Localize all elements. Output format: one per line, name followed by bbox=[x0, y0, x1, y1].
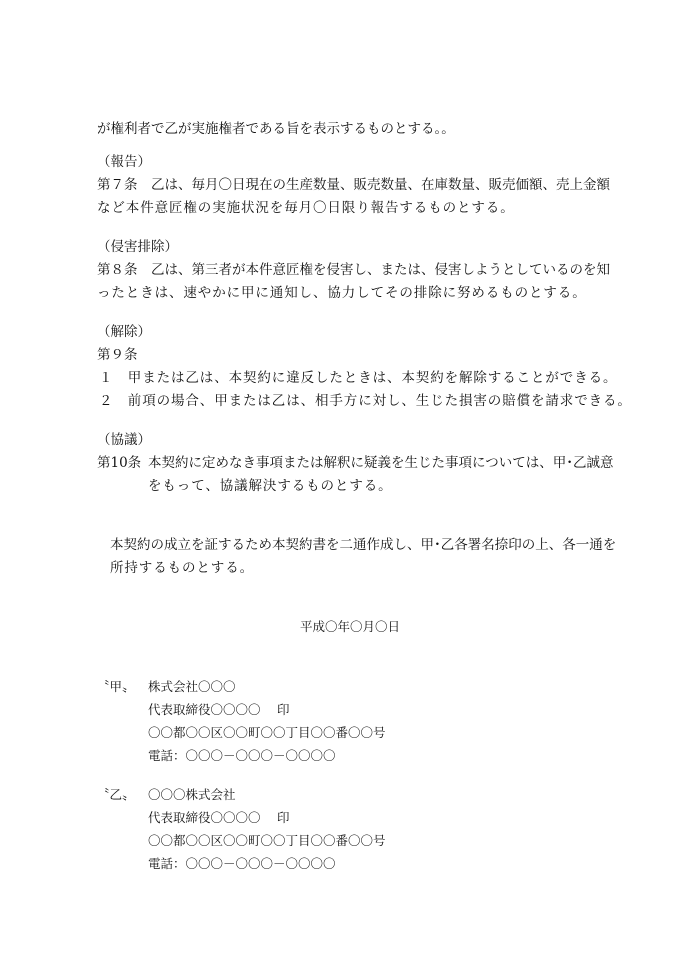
article-7-line-2: など本件意匠権の実施状況を毎月〇日限り報告するものとする。 bbox=[97, 199, 515, 217]
article-9-clause-1: １ 甲または乙は、本契約に違反したときは、本契約を解除することができる。 bbox=[99, 369, 617, 387]
closing-line-1: 本契約の成立を証するため本契約書を二通作成し、甲･乙各署名捺印の上、各一通を bbox=[110, 536, 583, 554]
article-7-line-1: 第７条 乙は、毎月〇日現在の生産数量、販売数量、在庫数量、販売価額、売上金額 bbox=[97, 176, 583, 194]
party-b-company: 〇〇〇株式会社 bbox=[148, 786, 236, 804]
article-10-line-2: をもって、協議解決するものとする。 bbox=[148, 477, 393, 495]
party-a-address: 〇〇都〇〇区〇〇町〇〇丁目〇〇番〇〇号 bbox=[148, 724, 386, 742]
article-10-number: 第10条 bbox=[97, 454, 141, 472]
party-a-phone: 電話：〇〇〇－〇〇〇－〇〇〇〇 bbox=[148, 747, 336, 765]
article-10-line-1: 本契約に定めなき事項または解釈に疑義を生じた事項については、甲･乙誠意 bbox=[148, 454, 583, 472]
party-b-address: 〇〇都〇〇区〇〇町〇〇丁目〇〇番〇〇号 bbox=[148, 832, 386, 850]
party-b-representative: 代表取締役〇〇〇〇 印 bbox=[148, 809, 289, 827]
article-8-line-2: ったときは、速やかに甲に通知し、協力してその排除に努めるものとする。 bbox=[97, 284, 587, 302]
article-8-heading: （侵害排除） bbox=[97, 238, 178, 256]
party-b-phone: 電話：〇〇〇－〇〇〇－〇〇〇〇 bbox=[148, 855, 336, 873]
article-8-line-1: 第８条 乙は、第三者が本件意匠権を侵害し、または、侵害しようとしているのを知 bbox=[97, 261, 583, 279]
closing-line-2: 所持するものとする。 bbox=[110, 559, 254, 577]
article-9-clause-2: ２ 前項の場合、甲または乙は、相手方に対し、生じた損害の賠償を請求できる。 bbox=[99, 392, 632, 410]
party-b-label: 〝乙〟 bbox=[97, 786, 143, 804]
article-7-heading: （報告） bbox=[97, 153, 151, 171]
party-a-label: 〝甲〟 bbox=[97, 678, 143, 696]
continuation-text: が権利者で乙が実施権者である旨を表示するものとする。。 bbox=[97, 120, 455, 138]
article-9-heading: （解除） bbox=[97, 323, 151, 341]
document-page: が権利者で乙が実施権者である旨を表示するものとする。。 （報告） 第７条 乙は、… bbox=[0, 0, 680, 962]
contract-date: 平成〇年〇月〇日 bbox=[300, 618, 400, 636]
article-9-number: 第９条 bbox=[97, 346, 138, 364]
party-a-company: 株式会社〇〇〇 bbox=[148, 678, 236, 696]
article-10-heading: （協議） bbox=[97, 431, 151, 449]
party-a-representative: 代表取締役〇〇〇〇 印 bbox=[148, 701, 289, 719]
